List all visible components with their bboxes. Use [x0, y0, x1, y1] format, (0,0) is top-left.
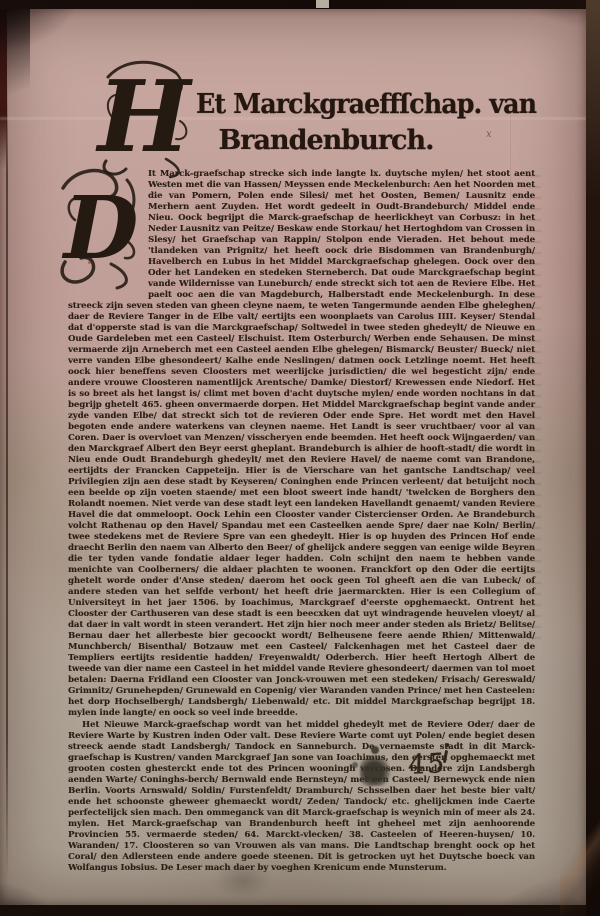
drop-cap: D	[68, 169, 148, 291]
article-text: D It Marck-graefschap strecke sich inde …	[68, 169, 535, 874]
ink-blot-nub	[352, 762, 358, 768]
title-line-2: Brandenburch.	[156, 125, 496, 156]
handwritten-page-number: 45	[407, 748, 446, 781]
ink-blot-dot	[371, 746, 379, 754]
drop-cap-letter: D	[61, 178, 139, 279]
corner-shadow	[0, 9, 30, 124]
book-photo: H Et Marckgraeffſchap. van Brandenburch.	[0, 0, 600, 916]
gutter-crease	[6, 79, 8, 879]
paper-smudge	[214, 862, 272, 898]
initial-letter: H	[95, 60, 194, 175]
paragraph: D It Marck-graefschap strecke sich inde …	[68, 169, 535, 719]
book-edge-right	[586, 0, 600, 916]
chapter-title: H Et Marckgraeffſchap. van Brandenburch.	[96, 61, 516, 171]
margin-pen-mark: x	[486, 129, 492, 140]
page-gap-notch	[316, 0, 329, 8]
red-ink-speck	[88, 261, 91, 264]
ornate-initial-icon: H	[96, 61, 196, 179]
paragraph: Het Nieuwe Marck-graefschap wordt van he…	[68, 720, 535, 874]
page: H Et Marckgraeffſchap. van Brandenburch.	[0, 9, 586, 905]
page-curl	[560, 790, 600, 916]
ink-blot	[360, 755, 391, 786]
title-line-1: Et Marckgraeffſchap. van	[196, 89, 536, 120]
